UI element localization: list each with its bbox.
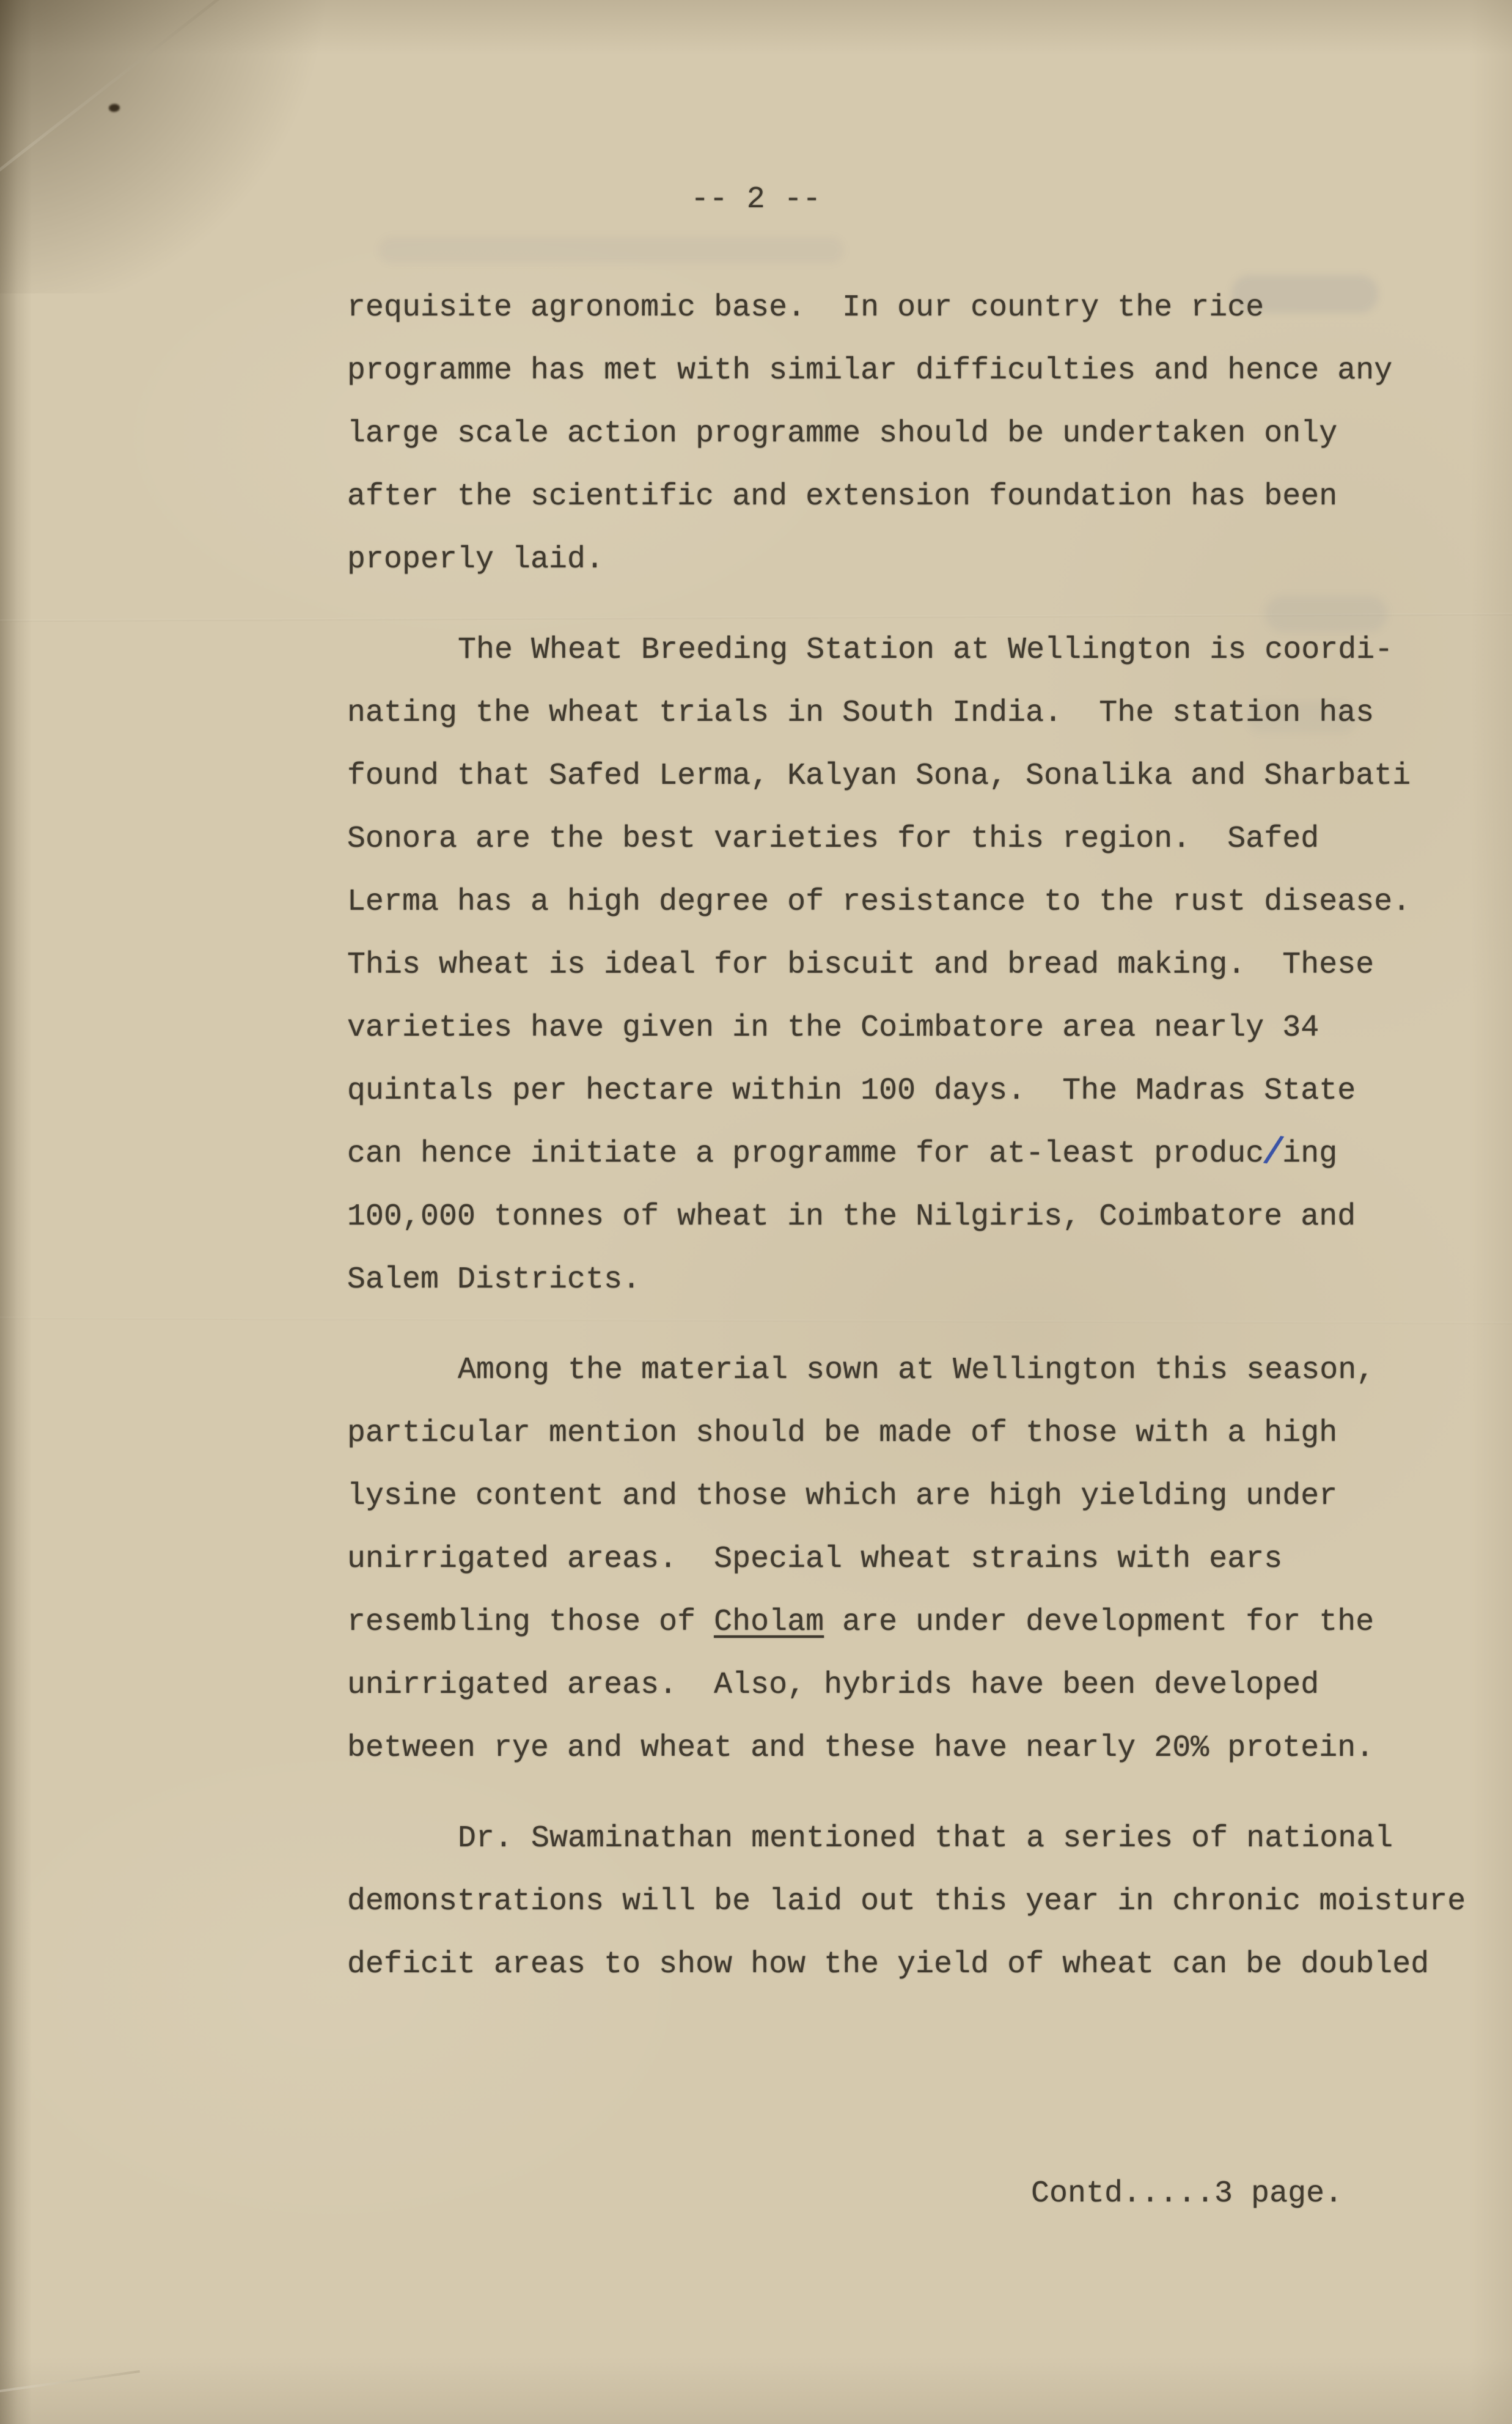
paragraph-3: Among the material sown at Wellington th…	[347, 1339, 1478, 1780]
text-line: large scale action programme should be u…	[347, 402, 1478, 465]
text-segment: resembling those of	[347, 1605, 714, 1640]
text-line-with-pen-correction: can hence initiate a programme for at-le…	[347, 1122, 1478, 1185]
text-line: Salem Districts.	[347, 1248, 1478, 1311]
text-line: This wheat is ideal for biscuit and brea…	[347, 934, 1478, 996]
text-line: between rye and wheat and these have nea…	[347, 1717, 1478, 1780]
text-line: requisite agronomic base. In our country…	[347, 276, 1478, 339]
paragraph-1: requisite agronomic base. In our country…	[347, 276, 1478, 591]
text-line: nating the wheat trials in South India. …	[347, 682, 1478, 745]
text-line: lysine content and those which are high …	[347, 1465, 1478, 1528]
ink-smudge	[109, 103, 120, 112]
typed-body: requisite agronomic base. In our country…	[347, 276, 1478, 1996]
text-line: demonstrations will be laid out this yea…	[347, 1870, 1478, 1933]
text-line: Lerma has a high degree of resistance to…	[347, 871, 1478, 934]
text-line: deficit areas to show how the yield of w…	[347, 1933, 1478, 1996]
continuation-note: Contd.....3 page.	[1031, 2162, 1343, 2225]
text-line: after the scientific and extension found…	[347, 465, 1478, 528]
text-line: 100,000 tonnes of wheat in the Nilgiris,…	[347, 1185, 1478, 1248]
paragraph-2: The Wheat Breeding Station at Wellington…	[347, 619, 1478, 1311]
text-segment: are under development for the	[824, 1605, 1374, 1640]
paper-corner-crease	[0, 0, 233, 200]
text-line: varieties have given in the Coimbatore a…	[347, 996, 1478, 1059]
paper-left-edge-shadow	[0, 0, 32, 2424]
text-line: Sonora are the best varieties for this r…	[347, 808, 1478, 871]
scanned-typewritten-page: -- 2 -- requisite agronomic base. In our…	[0, 0, 1512, 2424]
text-segment: ing	[1282, 1136, 1337, 1171]
page-number: -- 2 --	[0, 182, 1512, 217]
text-line: found that Safed Lerma, Kalyan Sona, Son…	[347, 745, 1478, 808]
text-line: The Wheat Breeding Station at Wellington…	[347, 619, 1478, 682]
text-line: quintals per hectare within 100 days. Th…	[347, 1059, 1478, 1122]
paper-top-left-corner-shadow	[0, 0, 342, 293]
text-line: properly laid.	[347, 528, 1478, 591]
text-line: particular mention should be made of tho…	[347, 1402, 1478, 1465]
text-line: Among the material sown at Wellington th…	[347, 1339, 1478, 1402]
text-line: Dr. Swaminathan mentioned that a series …	[347, 1807, 1478, 1870]
text-segment: can hence initiate a programme for at-le…	[347, 1136, 1264, 1171]
underlined-word: Cholam	[714, 1605, 824, 1640]
text-line: programme has met with similar difficult…	[347, 339, 1478, 402]
text-line: unirrigated areas. Also, hybrids have be…	[347, 1654, 1478, 1717]
paper-bottom-left-crease	[0, 2370, 140, 2395]
text-line-with-underline: resembling those of Cholam are under dev…	[347, 1591, 1478, 1654]
text-line: unirrigated areas. Special wheat strains…	[347, 1528, 1478, 1591]
paragraph-4: Dr. Swaminathan mentioned that a series …	[347, 1807, 1478, 1996]
ink-bleed-artifact	[379, 237, 843, 263]
